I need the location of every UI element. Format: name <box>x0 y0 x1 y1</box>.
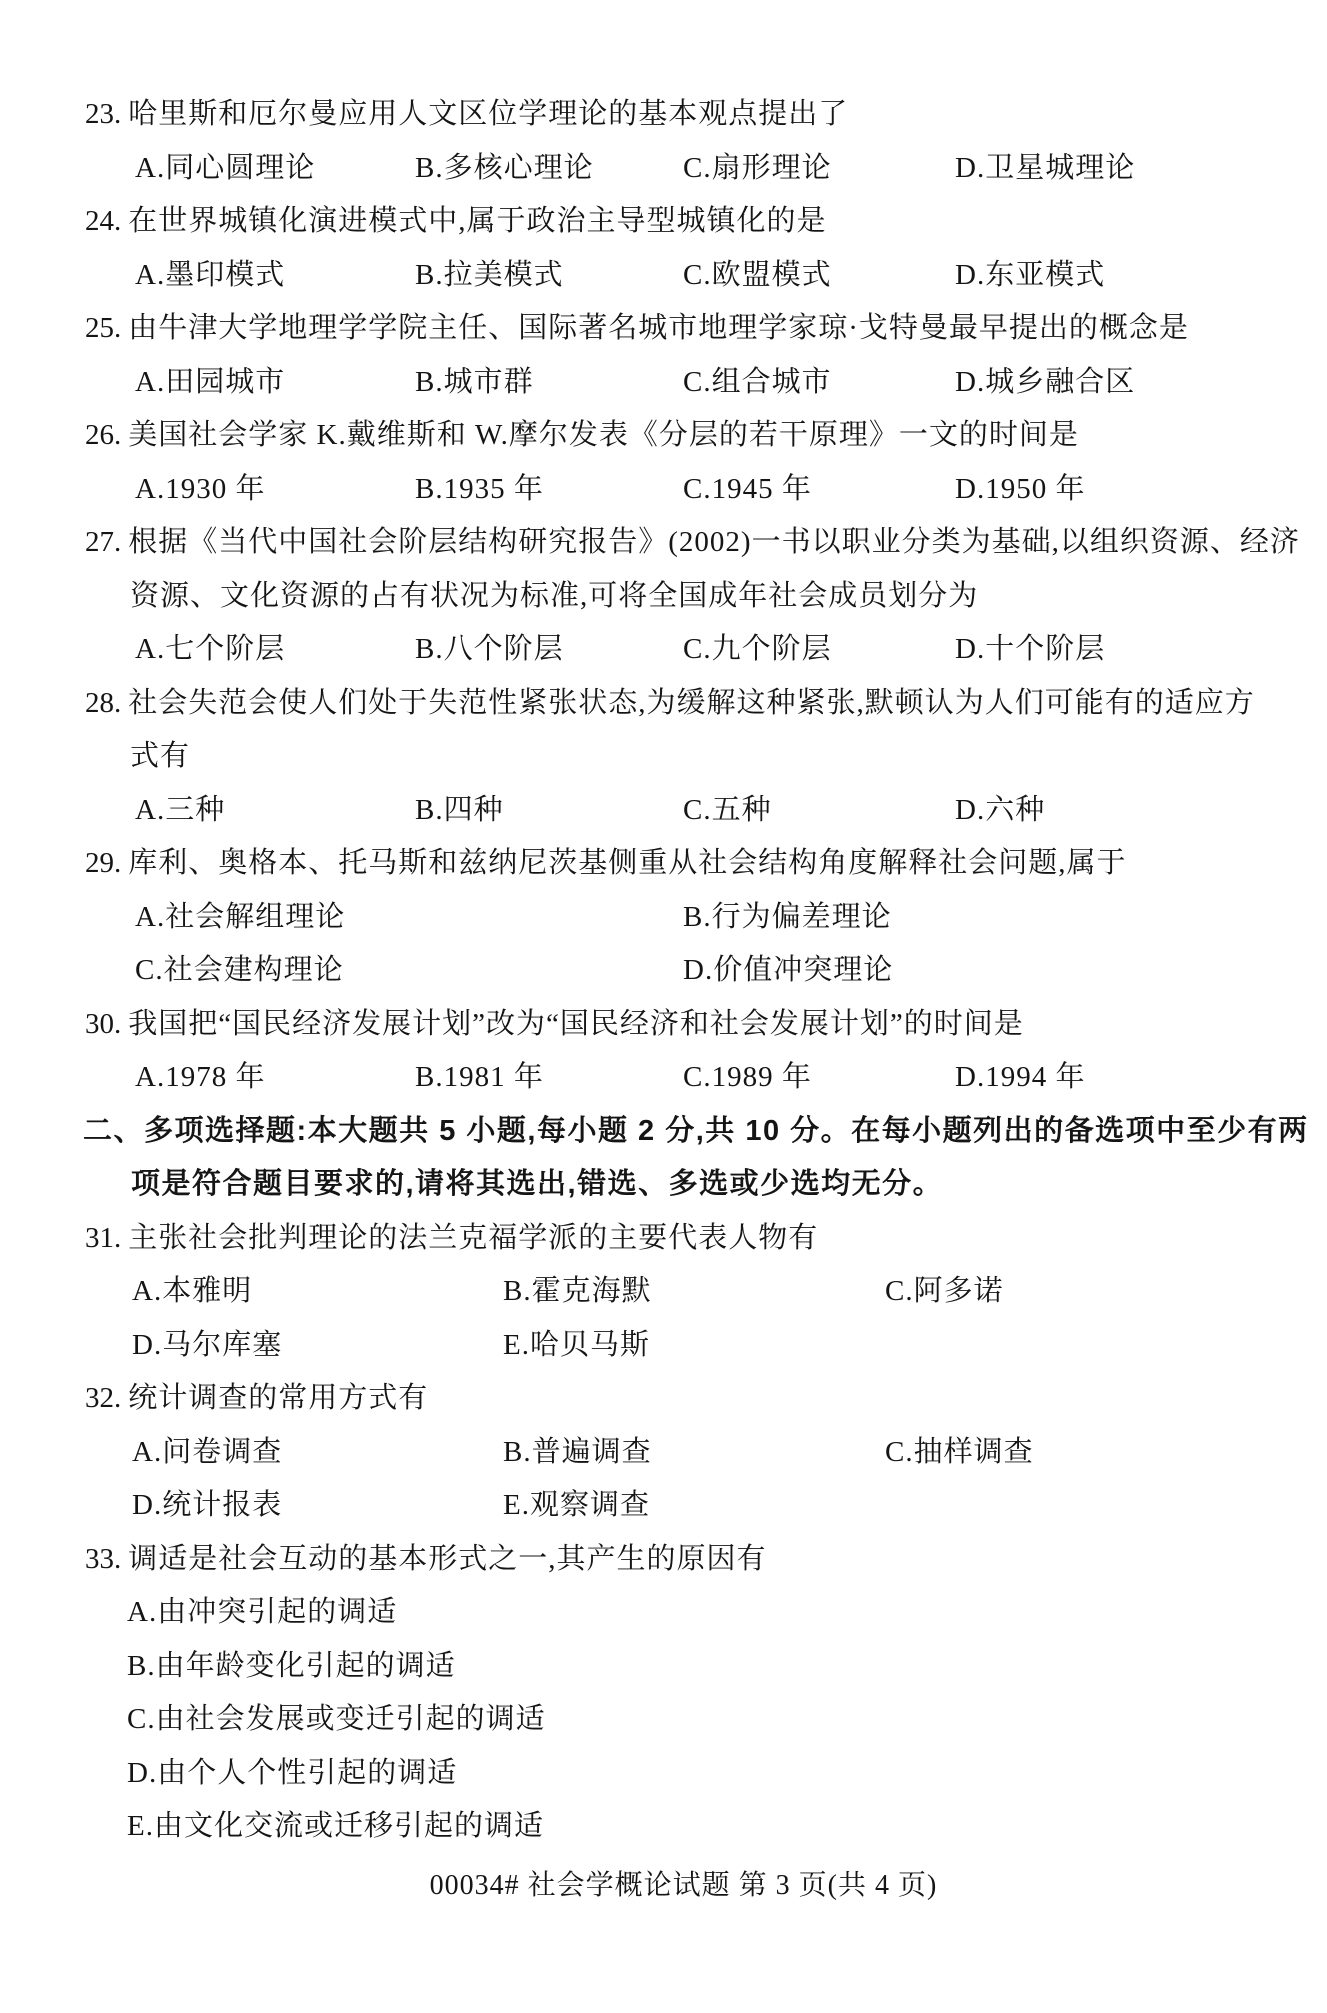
q23-option-b: B.多核心理论 <box>415 142 594 196</box>
q28-option-d: D.六种 <box>955 784 1045 838</box>
q33-stem-row: 33.调适是社会互动的基本形式之一,其产生的原因有 <box>0 1533 1327 1587</box>
q32-option-a: A.问卷调查 <box>132 1426 282 1480</box>
q31-number: 31. <box>85 1212 121 1266</box>
q23-stem-text: 哈里斯和厄尔曼应用人文区位学理论的基本观点提出了 <box>128 98 848 130</box>
q29-option-b: B.行为偏差理论 <box>683 891 892 945</box>
q30-option-c: C.1989 年 <box>683 1051 812 1105</box>
q33-option-row-e: E.由文化交流或迁移引起的调适 <box>0 1800 1327 1854</box>
q32-options-row-1: A.问卷调查 B.普遍调查 C.抽样调查 <box>0 1426 1327 1480</box>
q29-stem-text: 库利、奥格本、托马斯和兹纳尼茨基侧重从社会结构角度解释社会问题,属于 <box>128 847 1126 879</box>
q28-stem-text-line2: 式有 <box>130 740 190 772</box>
q25-number: 25. <box>85 302 121 356</box>
q26-option-d: D.1950 年 <box>955 463 1085 517</box>
q24-option-d: D.东亚模式 <box>955 249 1105 303</box>
q31-option-a: A.本雅明 <box>132 1265 252 1319</box>
q33-number: 33. <box>85 1533 121 1587</box>
q28-options-row: A.三种 B.四种 C.五种 D.六种 <box>0 784 1327 838</box>
section2-header-text-1: 二、多项选择题:本大题共 5 小题,每小题 2 分,共 10 分。在每小题列出的… <box>83 1115 1309 1147</box>
q26-stem-row: 26.美国社会学家 K.戴维斯和 W.摩尔发表《分层的若干原理》一文的时间是 <box>0 409 1327 463</box>
q27-options-row: A.七个阶层 B.八个阶层 C.九个阶层 D.十个阶层 <box>0 623 1327 677</box>
q28-option-a: A.三种 <box>135 784 225 838</box>
q24-number: 24. <box>85 195 121 249</box>
q26-option-c: C.1945 年 <box>683 463 812 517</box>
page-footer: 00034# 社会学概论试题 第 3 页(共 4 页) <box>0 1866 1327 1906</box>
q33-option-row-a: A.由冲突引起的调适 <box>0 1586 1327 1640</box>
q33-option-e: E.由文化交流或迁移引起的调适 <box>127 1810 544 1842</box>
q29-option-a: A.社会解组理论 <box>135 891 345 945</box>
q30-stem-row: 30.我国把“国民经济发展计划”改为“国民经济和社会发展计划”的时间是 <box>0 998 1327 1052</box>
q32-options-row-2: D.统计报表 E.观察调查 <box>0 1479 1327 1533</box>
q30-stem-text: 我国把“国民经济发展计划”改为“国民经济和社会发展计划”的时间是 <box>128 1008 1024 1040</box>
q23-option-d: D.卫星城理论 <box>955 142 1135 196</box>
q28-option-b: B.四种 <box>415 784 504 838</box>
q31-stem-text: 主张社会批判理论的法兰克福学派的主要代表人物有 <box>128 1222 818 1254</box>
q33-option-b: B.由年龄变化引起的调适 <box>127 1650 456 1682</box>
q31-options-row-2: D.马尔库塞 E.哈贝马斯 <box>0 1319 1327 1373</box>
q30-option-d: D.1994 年 <box>955 1051 1085 1105</box>
q33-option-d: D.由个人个性引起的调适 <box>127 1757 457 1789</box>
q29-number: 29. <box>85 837 121 891</box>
q27-option-a: A.七个阶层 <box>135 623 285 677</box>
q24-option-c: C.欧盟模式 <box>683 249 832 303</box>
q27-option-c: C.九个阶层 <box>683 623 832 677</box>
q29-options-row-1: A.社会解组理论 B.行为偏差理论 <box>0 891 1327 945</box>
q28-number: 28. <box>85 677 121 731</box>
q33-stem-text: 调适是社会互动的基本形式之一,其产生的原因有 <box>128 1543 766 1575</box>
q32-stem-text: 统计调查的常用方式有 <box>128 1382 428 1414</box>
q29-stem-row: 29.库利、奥格本、托马斯和兹纳尼茨基侧重从社会结构角度解释社会问题,属于 <box>0 837 1327 891</box>
q23-option-c: C.扇形理论 <box>683 142 832 196</box>
q31-option-b: B.霍克海默 <box>503 1265 652 1319</box>
q30-number: 30. <box>85 998 121 1052</box>
q27-stem-row-2: 资源、文化资源的占有状况为标准,可将全国成年社会成员划分为 <box>0 570 1327 624</box>
q24-option-a: A.墨印模式 <box>135 249 285 303</box>
q26-options-row: A.1930 年 B.1935 年 C.1945 年 D.1950 年 <box>0 463 1327 517</box>
q24-stem-text: 在世界城镇化演进模式中,属于政治主导型城镇化的是 <box>128 205 826 237</box>
q32-number: 32. <box>85 1372 121 1426</box>
q26-stem-text: 美国社会学家 K.戴维斯和 W.摩尔发表《分层的若干原理》一文的时间是 <box>128 419 1079 451</box>
q23-options-row: A.同心圆理论 B.多核心理论 C.扇形理论 D.卫星城理论 <box>0 142 1327 196</box>
q27-option-d: D.十个阶层 <box>955 623 1105 677</box>
q33-option-row-b: B.由年龄变化引起的调适 <box>0 1640 1327 1694</box>
q29-options-row-2: C.社会建构理论 D.价值冲突理论 <box>0 944 1327 998</box>
q27-number: 27. <box>85 516 121 570</box>
q26-number: 26. <box>85 409 121 463</box>
q32-option-d: D.统计报表 <box>132 1479 282 1533</box>
q26-option-b: B.1935 年 <box>415 463 544 517</box>
q25-option-a: A.田园城市 <box>135 356 285 410</box>
q33-option-a: A.由冲突引起的调适 <box>127 1596 397 1628</box>
q31-stem-row: 31.主张社会批判理论的法兰克福学派的主要代表人物有 <box>0 1212 1327 1266</box>
q23-number: 23. <box>85 88 121 142</box>
q23-option-a: A.同心圆理论 <box>135 142 315 196</box>
q28-stem-row-1: 28.社会失范会使人们处于失范性紧张状态,为缓解这种紧张,默顿认为人们可能有的适… <box>0 677 1327 731</box>
q23-stem-row: 23.哈里斯和厄尔曼应用人文区位学理论的基本观点提出了 <box>0 88 1327 142</box>
q25-option-b: B.城市群 <box>415 356 534 410</box>
q26-option-a: A.1930 年 <box>135 463 265 517</box>
q32-option-b: B.普遍调查 <box>503 1426 652 1480</box>
q30-option-b: B.1981 年 <box>415 1051 544 1105</box>
q24-stem-row: 24.在世界城镇化演进模式中,属于政治主导型城镇化的是 <box>0 195 1327 249</box>
q25-stem-row: 25.由牛津大学地理学学院主任、国际著名城市地理学家琼·戈特曼最早提出的概念是 <box>0 302 1327 356</box>
q25-option-c: C.组合城市 <box>683 356 832 410</box>
q25-option-d: D.城乡融合区 <box>955 356 1135 410</box>
q28-stem-row-2: 式有 <box>0 730 1327 784</box>
q28-stem-text-line1: 社会失范会使人们处于失范性紧张状态,为缓解这种紧张,默顿认为人们可能有的适应方 <box>128 687 1255 719</box>
q25-options-row: A.田园城市 B.城市群 C.组合城市 D.城乡融合区 <box>0 356 1327 410</box>
q25-stem-text: 由牛津大学地理学学院主任、国际著名城市地理学家琼·戈特曼最早提出的概念是 <box>128 312 1189 344</box>
section2-header-line2: 项是符合题目要求的,请将其选出,错选、多选或少选均无分。 <box>0 1158 1327 1212</box>
q31-option-c: C.阿多诺 <box>885 1265 1004 1319</box>
q32-option-e: E.观察调查 <box>503 1479 650 1533</box>
section2-header-line1: 二、多项选择题:本大题共 5 小题,每小题 2 分,共 10 分。在每小题列出的… <box>0 1105 1327 1159</box>
q27-stem-row-1: 27.根据《当代中国社会阶层结构研究报告》(2002)一书以职业分类为基础,以组… <box>0 516 1327 570</box>
q27-stem-text-line1: 根据《当代中国社会阶层结构研究报告》(2002)一书以职业分类为基础,以组织资源… <box>128 526 1300 558</box>
exam-content: 23.哈里斯和厄尔曼应用人文区位学理论的基本观点提出了 A.同心圆理论 B.多核… <box>0 0 1327 1906</box>
q33-option-row-c: C.由社会发展或变迁引起的调适 <box>0 1693 1327 1747</box>
q29-option-c: C.社会建构理论 <box>135 944 344 998</box>
q33-option-row-d: D.由个人个性引起的调适 <box>0 1747 1327 1801</box>
q30-options-row: A.1978 年 B.1981 年 C.1989 年 D.1994 年 <box>0 1051 1327 1105</box>
exam-page: 23.哈里斯和厄尔曼应用人文区位学理论的基本观点提出了 A.同心圆理论 B.多核… <box>0 0 1327 2013</box>
section2-header-text-2: 项是符合题目要求的,请将其选出,错选、多选或少选均无分。 <box>131 1168 943 1200</box>
q24-option-b: B.拉美模式 <box>415 249 564 303</box>
q30-option-a: A.1978 年 <box>135 1051 265 1105</box>
q32-option-c: C.抽样调查 <box>885 1426 1034 1480</box>
q31-option-e: E.哈贝马斯 <box>503 1319 650 1373</box>
q28-option-c: C.五种 <box>683 784 772 838</box>
q27-option-b: B.八个阶层 <box>415 623 564 677</box>
q29-option-d: D.价值冲突理论 <box>683 944 893 998</box>
q31-options-row-1: A.本雅明 B.霍克海默 C.阿多诺 <box>0 1265 1327 1319</box>
q27-stem-text-line2: 资源、文化资源的占有状况为标准,可将全国成年社会成员划分为 <box>130 580 978 612</box>
q32-stem-row: 32.统计调查的常用方式有 <box>0 1372 1327 1426</box>
q24-options-row: A.墨印模式 B.拉美模式 C.欧盟模式 D.东亚模式 <box>0 249 1327 303</box>
q31-option-d: D.马尔库塞 <box>132 1319 282 1373</box>
q33-option-c: C.由社会发展或变迁引起的调适 <box>127 1703 546 1735</box>
